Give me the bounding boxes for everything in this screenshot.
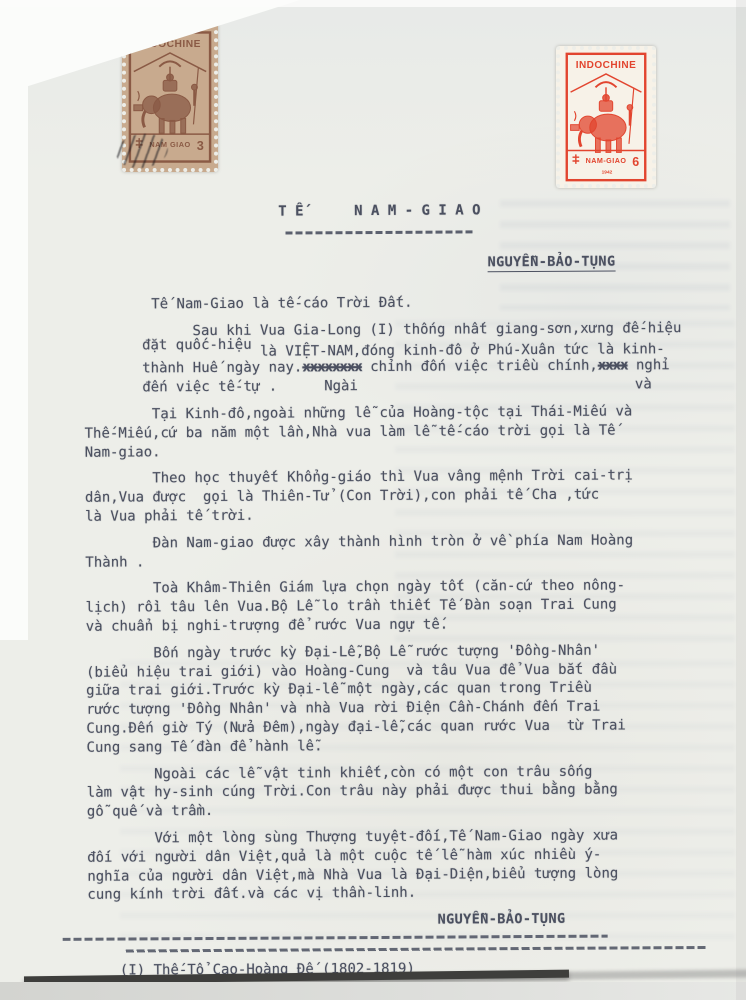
paragraph-dai-le: Bốn ngày trước kỳ Đại-Lễ,Bộ Lễ rước tượn… <box>86 641 735 758</box>
scanner-margin-top <box>0 0 746 7</box>
p2-line2: đặt quốc-hiệu là VIỆT-NAM,đóng kinh-đô ở… <box>142 337 732 359</box>
inserted-word: và <box>635 376 652 392</box>
paragraph-kinh-do: Tại Kinh-đô,ngoài những lễ của Hoàng-tộc… <box>84 402 732 462</box>
p2-text: đến việc tế-tự . <box>142 379 277 396</box>
paragraph-kham-thien-giam: Toà Khâm-Thiên Giám lựa chọn ngày tốt (c… <box>85 576 733 636</box>
typed-over-correction: xxxxxxxx <box>302 359 362 375</box>
p2-text: chỉnh đốn việc triều chính, <box>362 358 598 375</box>
inserted-word: Ngài <box>324 378 358 394</box>
p2-line4: đến việc tế-tự .Ngàivà <box>142 375 732 397</box>
signature: NGUYỄN-BẢO-TỤNG <box>438 909 736 930</box>
scanner-margin-left <box>0 0 28 640</box>
paragraph-le-vat: Ngoài các lễ vật tinh khiết,còn có một c… <box>87 761 735 821</box>
typed-over-correction: xxxx <box>598 358 628 374</box>
paragraph-khong-giao: Theo học thuyết Khổng-giáo thì Vua vâng … <box>85 466 733 526</box>
title-underline <box>285 230 473 234</box>
dashed-separator <box>63 934 608 940</box>
scanner-bottom-strip <box>0 982 746 1000</box>
dashed-separator <box>126 946 706 953</box>
p2-text: nghỉ <box>627 358 669 374</box>
paragraph-dan-nam-giao: Đàn Nam-giao được xây thành hình tròn ở … <box>85 531 733 573</box>
page-edge-shadow <box>736 0 746 1000</box>
paragraph-intro: Tế Nam-Giao là tế-cáo Trời Đất. <box>84 292 732 315</box>
paragraph-ket-luan: Với một lòng sùng Thượng tuyệt-đối,Tế Na… <box>87 826 735 905</box>
document-body: Tế Nam-Giao là tế-cáo Trời Đất. Sau khi … <box>84 292 736 981</box>
p2-text: thành Huế ngày nay. <box>142 360 302 377</box>
typewritten-document: T Ế N A M - G I A O NGUYỄN-BẢO-TỤNG Tế N… <box>0 0 746 1000</box>
author-name: NGUYỄN-BẢO-TỤNG <box>488 254 616 273</box>
paragraph-gia-long: Sau khi Vua Gia-Long (I) thống nhất gian… <box>142 319 732 398</box>
p2-lowered-text: là VIỆT-NAM,đóng kinh-đô ở Phú-Xuân tức … <box>260 341 665 359</box>
document-title: T Ế N A M - G I A O <box>278 202 480 219</box>
p2-raised-text: đặt quốc-hiệu <box>142 336 260 353</box>
scanned-document-page: INDOCHINE NAM GIAO <box>0 0 746 1000</box>
